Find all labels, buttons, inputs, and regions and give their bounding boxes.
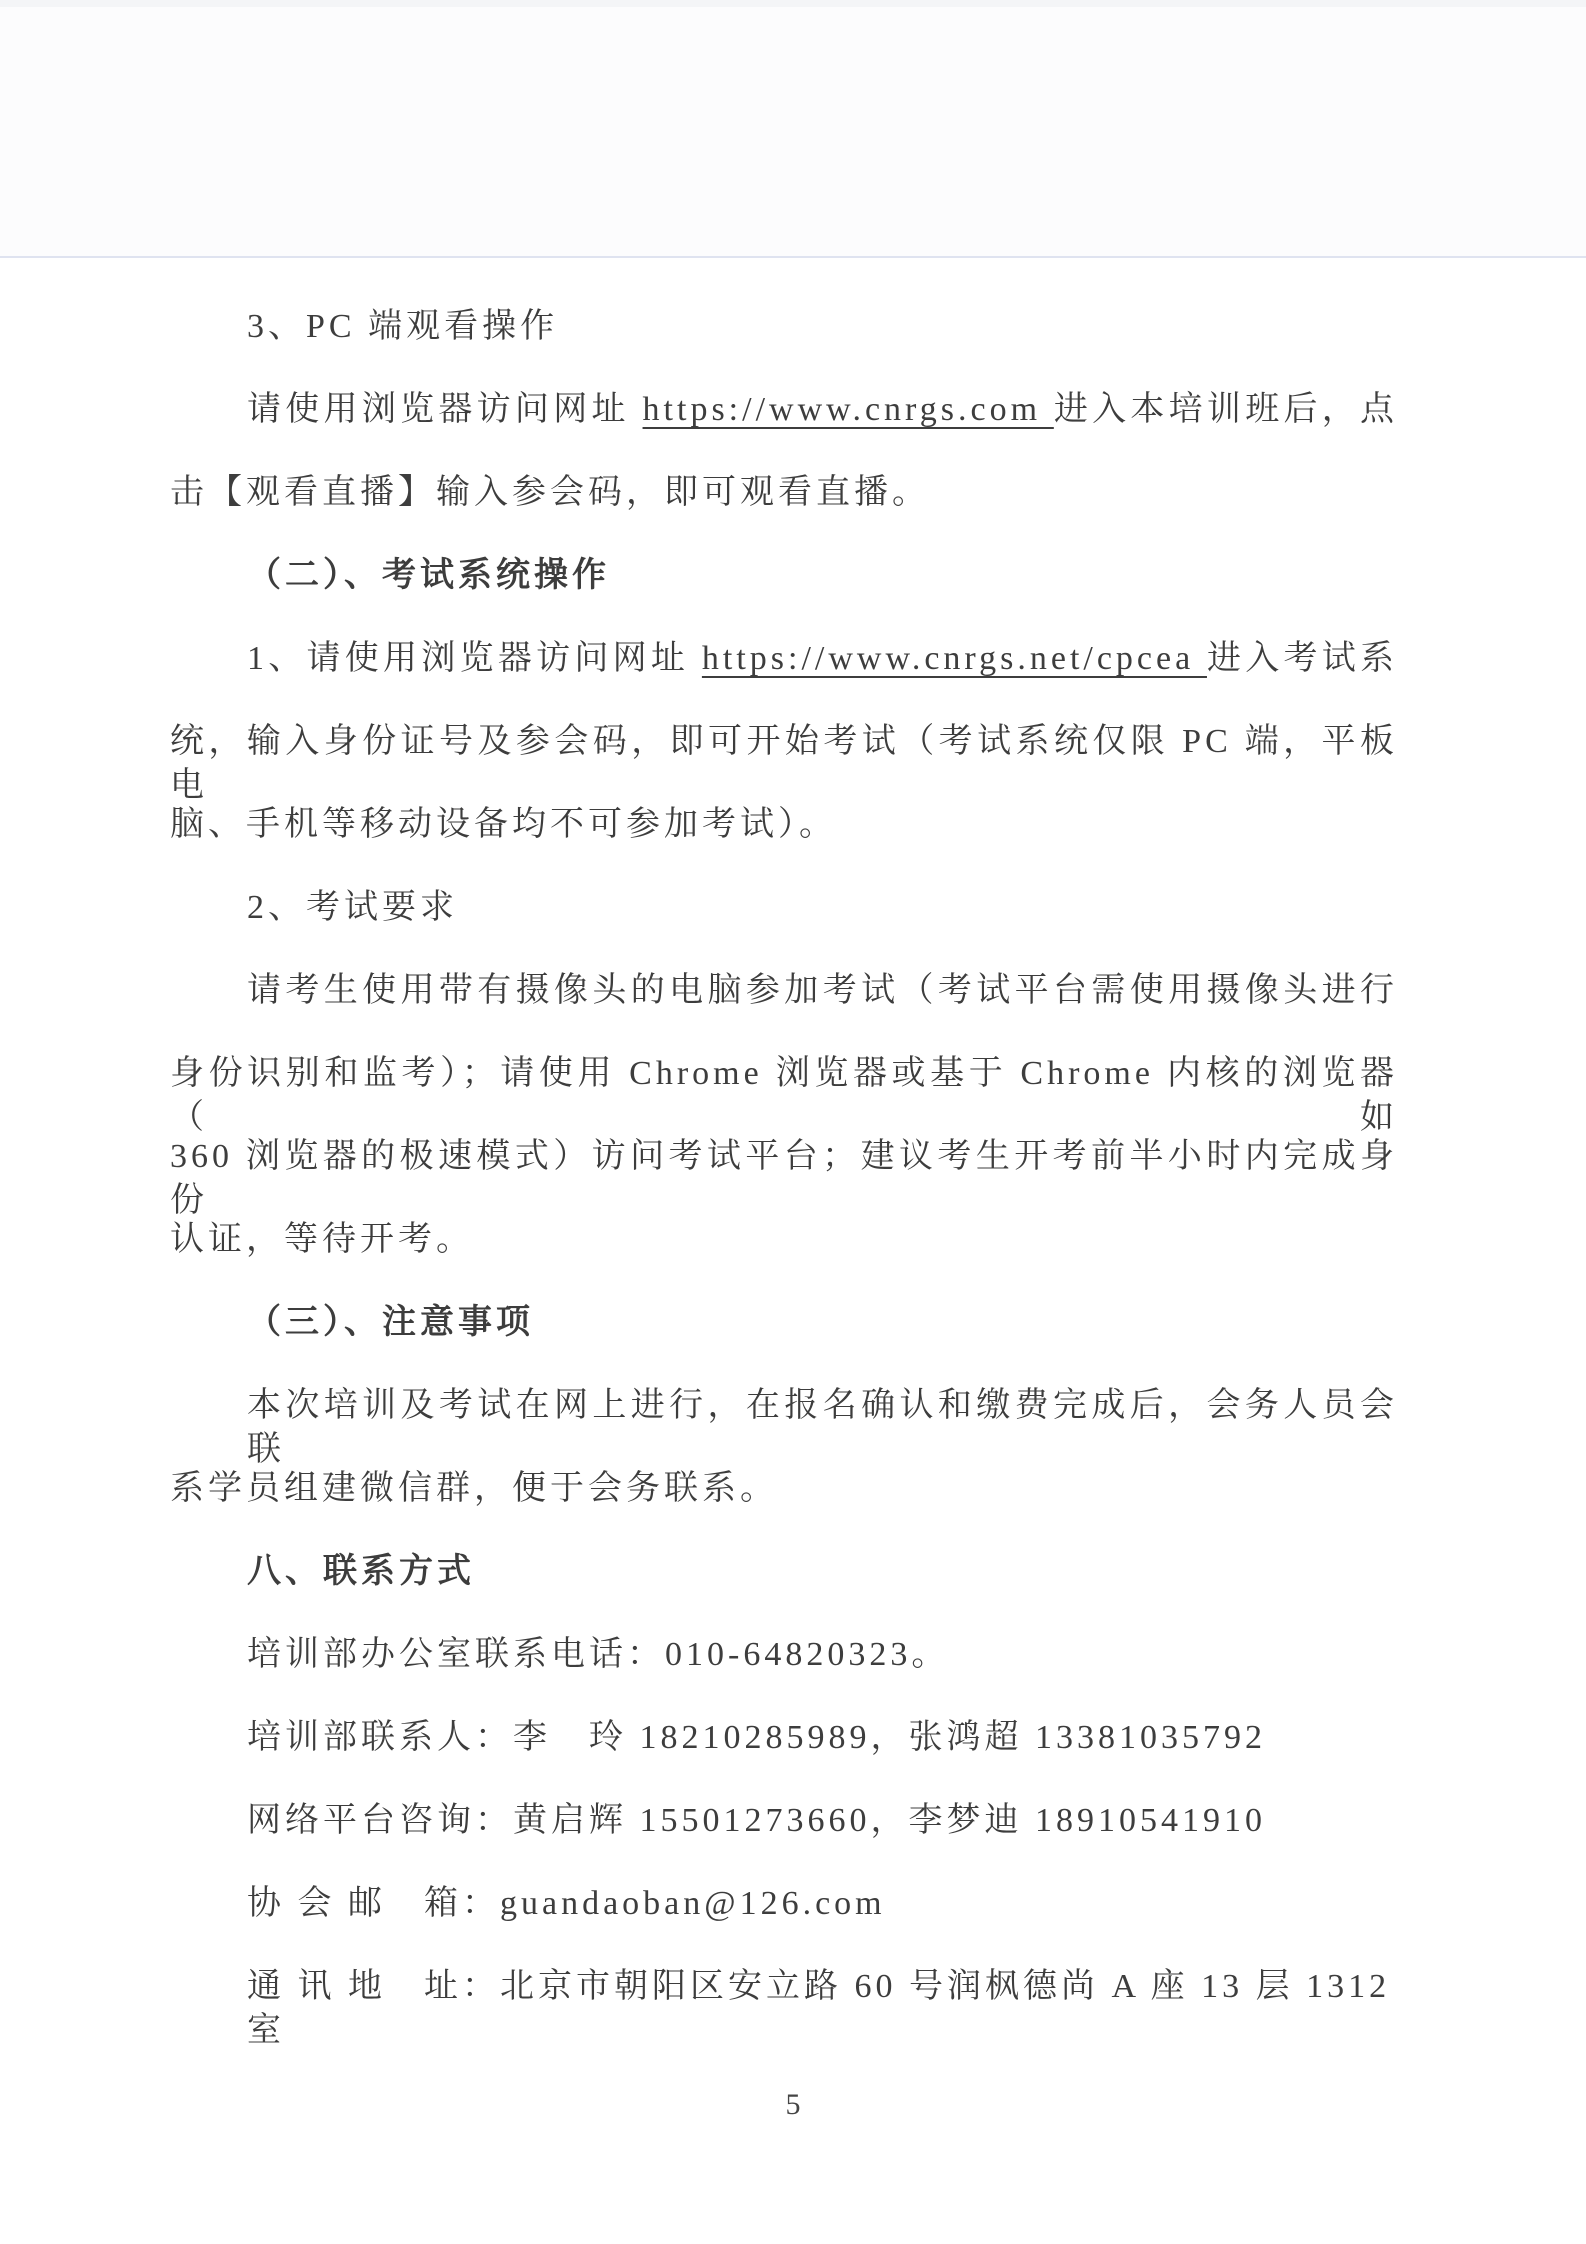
text-segment: 请使用浏览器访问网址 [247, 391, 643, 428]
text-line: 击【观看直播】输入参会码，即可观看直播。 [170, 471, 1398, 554]
text-segment: 认证，等待开考。 [170, 1221, 474, 1258]
scan-top-band [0, 0, 1586, 256]
text-line: 认证，等待开考。 [170, 1218, 1398, 1301]
text-line: 系学员组建微信群，便于会务联系。 [170, 1467, 1398, 1550]
scan-top-edge [0, 0, 1586, 7]
text-line: 培训部联系人：李 玲 18210285989，张鸿超 13381035792 [170, 1716, 1398, 1799]
text-line: 脑、手机等移动设备均不可参加考试）。 [170, 803, 1398, 886]
text-line: 本次培训及考试在网上进行，在报名确认和缴费完成后，会务人员会联 [170, 1384, 1398, 1467]
text-line: 八、联系方式 [170, 1550, 1398, 1633]
text-segment: 2、考试要求 [247, 889, 458, 926]
text-line: （二）、考试系统操作 [170, 554, 1398, 637]
url-text: https://www.cnrgs.com [643, 391, 1054, 428]
text-line: （三）、注意事项 [170, 1301, 1398, 1384]
page-top-divider [0, 256, 1586, 258]
document-body: 3、PC 端观看操作请使用浏览器访问网址 https://www.cnrgs.c… [170, 305, 1398, 2048]
text-segment: 系学员组建微信群，便于会务联系。 [170, 1470, 778, 1507]
url-text: https://www.cnrgs.net/cpcea [702, 640, 1207, 677]
text-segment: 1、请使用浏览器访问网址 [247, 640, 702, 677]
text-line: 2、考试要求 [170, 886, 1398, 969]
text-line: 1、请使用浏览器访问网址 https://www.cnrgs.net/cpcea… [170, 637, 1398, 720]
text-segment: 统，输入身份证号及参会码，即可开始考试（考试系统仅限 PC 端，平板电 [170, 723, 1398, 804]
text-line: 请使用浏览器访问网址 https://www.cnrgs.com 进入本培训班后… [170, 388, 1398, 471]
text-segment: 身份识别和监考）；请使用 Chrome 浏览器或基于 Chrome 内核的浏览器… [170, 1055, 1398, 1136]
text-segment: 八、联系方式 [247, 1553, 475, 1590]
text-line: 通 讯 地 址：北京市朝阳区安立路 60 号润枫德尚 A 座 13 层 1312… [170, 1965, 1398, 2048]
text-segment: 培训部办公室联系电话：010-64820323。 [247, 1636, 949, 1673]
text-segment: 360 浏览器的极速模式）访问考试平台；建议考生开考前半小时内完成身份 [170, 1138, 1398, 1219]
text-segment: 进入考试系 [1207, 640, 1398, 677]
text-line: 协 会 邮 箱：guandaoban@126.com [170, 1882, 1398, 1965]
page-number: 5 [0, 2088, 1586, 2122]
text-line: 统，输入身份证号及参会码，即可开始考试（考试系统仅限 PC 端，平板电 [170, 720, 1398, 803]
text-segment: 通 讯 地 址：北京市朝阳区安立路 60 号润枫德尚 A 座 13 层 1312… [247, 1968, 1390, 2049]
text-segment: 进入本培训班后，点 [1054, 391, 1398, 428]
text-segment: （二）、考试系统操作 [247, 557, 610, 594]
text-segment: 协 会 邮 箱：guandaoban@126.com [247, 1885, 886, 1922]
text-line: 身份识别和监考）；请使用 Chrome 浏览器或基于 Chrome 内核的浏览器… [170, 1052, 1398, 1135]
text-segment: 培训部联系人：李 玲 18210285989，张鸿超 13381035792 [247, 1719, 1266, 1756]
text-line: 3、PC 端观看操作 [170, 305, 1398, 388]
text-line: 网络平台咨询：黄启辉 15501273660，李梦迪 18910541910 [170, 1799, 1398, 1882]
text-segment: 本次培训及考试在网上进行，在报名确认和缴费完成后，会务人员会联 [247, 1387, 1398, 1468]
text-line: 360 浏览器的极速模式）访问考试平台；建议考生开考前半小时内完成身份 [170, 1135, 1398, 1218]
text-line: 请考生使用带有摄像头的电脑参加考试（考试平台需使用摄像头进行 [170, 969, 1398, 1052]
text-segment: 脑、手机等移动设备均不可参加考试）。 [170, 806, 837, 843]
text-segment: （三）、注意事项 [247, 1304, 534, 1341]
document-page: 3、PC 端观看操作请使用浏览器访问网址 https://www.cnrgs.c… [0, 0, 1586, 2244]
text-line: 培训部办公室联系电话：010-64820323。 [170, 1633, 1398, 1716]
text-segment: 3、PC 端观看操作 [247, 308, 558, 345]
text-segment: 网络平台咨询：黄启辉 15501273660，李梦迪 18910541910 [247, 1802, 1266, 1839]
text-segment: 请考生使用带有摄像头的电脑参加考试（考试平台需使用摄像头进行 [247, 972, 1398, 1009]
text-segment: 击【观看直播】输入参会码，即可观看直播。 [170, 474, 930, 511]
